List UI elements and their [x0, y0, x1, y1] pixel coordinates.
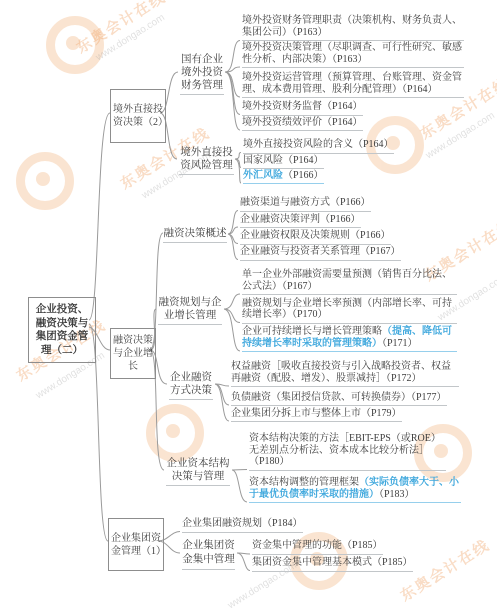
- leaf-growth-rate-forecast: 融资规划与企业增长率预测（内部增长率、可持续增长率）（P170）: [242, 298, 457, 324]
- leaf-financing-channels: 融资渠道与融资方式（P166）: [240, 197, 371, 212]
- leaf-equity-financing: 权益融资［吸收直接投资与引入战略投资者、权益再融资（配股、增发）、股票减持］（P…: [231, 361, 459, 387]
- branch-label: 企业集团资金管理（1）: [111, 532, 161, 558]
- node-soe-overseas-financial-mgmt: 国有企业境外投资财务管理: [180, 53, 224, 95]
- leaf-overseas-performance: 境外投资绩效评价（P164）: [242, 117, 363, 132]
- leaf-capital-structure-methods: 资本结构决策的方法［EBIT-EPS（或ROE）无差别点分析法、资本成本比较分析…: [249, 433, 446, 471]
- leaf-group-financing-plan: 企业集团融资规划（P184）: [182, 518, 303, 533]
- node-financing-overview: 融资决策概述: [163, 227, 227, 243]
- leaf-risk-definition: 境外直接投资风险的含义（P164）: [243, 139, 394, 154]
- leaf-spinoff-listing: 企业集团分拆上市与整体上市（P179）: [231, 408, 402, 423]
- root-label: 企业投资、融资决策与集团资金管理（二）: [31, 303, 93, 357]
- node-financing-method-decision: 企业融资方式决策: [169, 371, 213, 400]
- leaf-external-financing-forecast: 单一企业外部融资需要量预测（销售百分比法、公式法）（P167）: [242, 269, 457, 295]
- leaf-capital-structure-adjustment: 资本结构调整的管理框架（实际负债率大于、小于最优负债率时采取的措施）（P183）: [249, 477, 461, 503]
- leaf-overseas-duty: 境外投资财务管理职责（决策机构、财务负责人、集团公司）（P163）: [242, 15, 464, 41]
- leaf-overseas-operation-mgmt: 境外投资运营管理（预算管理、台账管理、资金管理、成本费用管理、股利分配管理）（P…: [242, 72, 464, 98]
- leaf-centralized-fund-functions: 资金集中管理的功能（P185）: [252, 540, 383, 555]
- branch-group-fund-management: 企业集团资金管理（1）: [108, 518, 164, 571]
- mindmap-canvas: 东奥会计在线 东奥会计在线 东奥会计在线 东奥会计在线 东奥会计在线 东奥会计在…: [0, 0, 497, 612]
- leaf-sustainable-growth-strategy: 企业可持续增长与增长管理策略（提高、降低可持续增长率时采取的管理策略）（P171…: [242, 326, 457, 352]
- branch-label: 境外直接投资决策（2）: [113, 103, 163, 129]
- node-financing-planning-growth: 融资规划与企业增长管理: [158, 296, 222, 325]
- leaf-fx-risk: 外汇风险（P166）: [243, 170, 324, 185]
- leaf-financing-authority: 企业融资权限及决策规则（P166）: [240, 230, 391, 245]
- leaf-country-risk: 国家风险（P164）: [243, 155, 324, 170]
- root-node: 企业投资、融资决策与集团资金管理（二）: [28, 297, 96, 363]
- branch-label: 融资决策与企业增长: [113, 334, 153, 373]
- node-centralized-fund-mgmt: 企业集团资金集中管理: [182, 539, 235, 570]
- leaf-overseas-decision-mgmt: 境外投资决策管理（尽职调查、可行性研究、敏感性分析、内部决策）（P163）: [242, 42, 464, 68]
- node-overseas-risk-mgmt: 境外直接投资风险管理: [179, 146, 234, 175]
- leaf-centralized-fund-modes: 集团资金集中管理基本模式（P185）: [252, 557, 413, 572]
- leaf-debt-financing: 负债融资（集团授信贷款、可转换债券）（P177）: [231, 392, 447, 407]
- leaf-investor-relations: 企业融资与投资者关系管理（P167）: [240, 246, 401, 261]
- branch-overseas-direct-investment: 境外直接投资决策（2）: [110, 89, 166, 143]
- leaf-overseas-supervision: 境外投资财务监督（P164）: [242, 101, 363, 116]
- leaf-financing-evaluation: 企业融资决策评判（P166）: [240, 214, 361, 229]
- node-capital-structure: 企业资本结构决策与管理: [166, 457, 230, 486]
- branch-financing-growth: 融资决策与企业增长: [110, 328, 156, 379]
